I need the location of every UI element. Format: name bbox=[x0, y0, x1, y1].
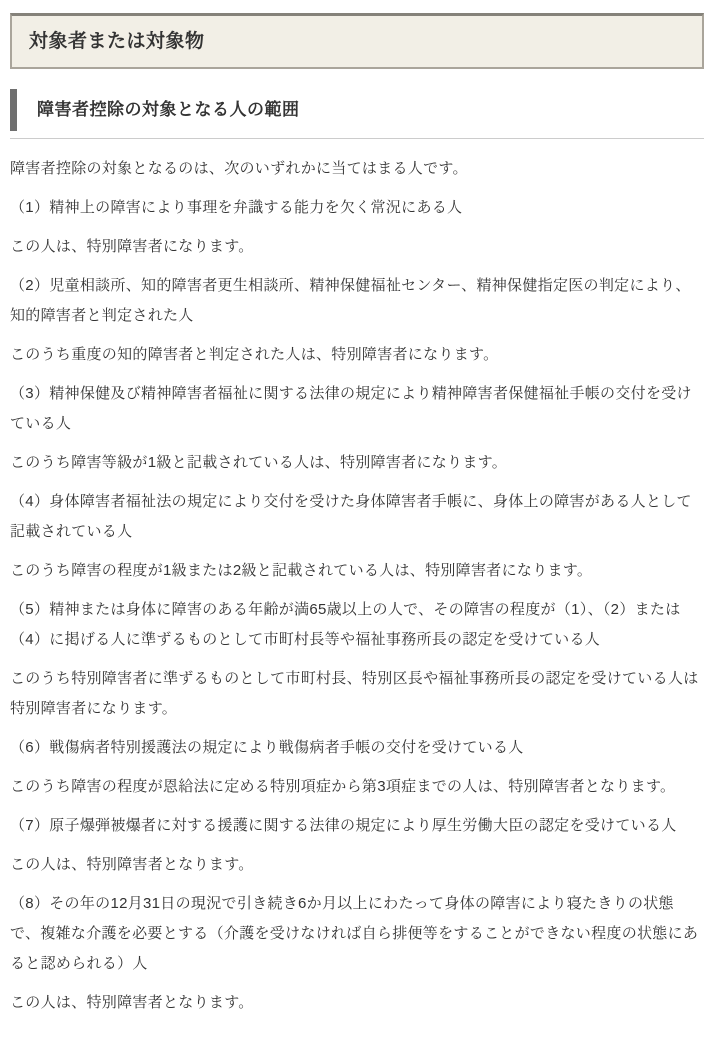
page-title: 対象者または対象物 bbox=[29, 28, 685, 55]
clause-7: （7）原子爆弾被爆者に対する援護に関する法律の規定により厚生労働大臣の認定を受け… bbox=[10, 811, 704, 841]
clause-8: （8）その年の12月31日の現況で引き続き6か月以上にわたって身体の障害により寝… bbox=[10, 889, 704, 979]
clause-7-note: この人は、特別障害者となります。 bbox=[10, 850, 704, 880]
clause-1: （1）精神上の障害により事理を弁識する能力を欠く常況にある人 bbox=[10, 193, 704, 223]
clause-5: （5）精神または身体に障害のある年齢が満65歳以上の人で、その障害の程度が（1）… bbox=[10, 595, 704, 655]
clause-8-note: この人は、特別障害者となります。 bbox=[10, 988, 704, 1018]
section-heading: 障害者控除の対象となる人の範囲 bbox=[10, 89, 704, 131]
clause-6-note: このうち障害の程度が恩給法に定める特別項症から第3項症までの人は、特別障害者とな… bbox=[10, 772, 704, 802]
document-page: 対象者または対象物 障害者控除の対象となる人の範囲 障害者控除の対象となるのは、… bbox=[0, 13, 714, 1037]
clause-4: （4）身体障害者福祉法の規定により交付を受けた身体障害者手帳に、身体上の障害があ… bbox=[10, 487, 704, 547]
clause-3: （3）精神保健及び精神障害者福祉に関する法律の規定により精神障害者保健福祉手帳の… bbox=[10, 379, 704, 439]
section-heading-wrap: 障害者控除の対象となる人の範囲 bbox=[10, 89, 704, 139]
intro-paragraph: 障害者控除の対象となるのは、次のいずれかに当てはまる人です。 bbox=[10, 154, 704, 184]
clause-5-note: このうち特別障害者に準ずるものとして市町村長、特別区長や福祉事務所長の認定を受け… bbox=[10, 664, 704, 724]
article-body: 障害者控除の対象となるのは、次のいずれかに当てはまる人です。 （1）精神上の障害… bbox=[10, 154, 704, 1018]
clause-1-note: この人は、特別障害者になります。 bbox=[10, 232, 704, 262]
page-title-box: 対象者または対象物 bbox=[10, 13, 704, 69]
clause-2-note: このうち重度の知的障害者と判定された人は、特別障害者になります。 bbox=[10, 340, 704, 370]
clause-3-note: このうち障害等級が1級と記載されている人は、特別障害者になります。 bbox=[10, 448, 704, 478]
clause-2: （2）児童相談所、知的障害者更生相談所、精神保健福祉センター、精神保健指定医の判… bbox=[10, 271, 704, 331]
clause-6: （6）戦傷病者特別援護法の規定により戦傷病者手帳の交付を受けている人 bbox=[10, 733, 704, 763]
clause-4-note: このうち障害の程度が1級または2級と記載されている人は、特別障害者になります。 bbox=[10, 556, 704, 586]
